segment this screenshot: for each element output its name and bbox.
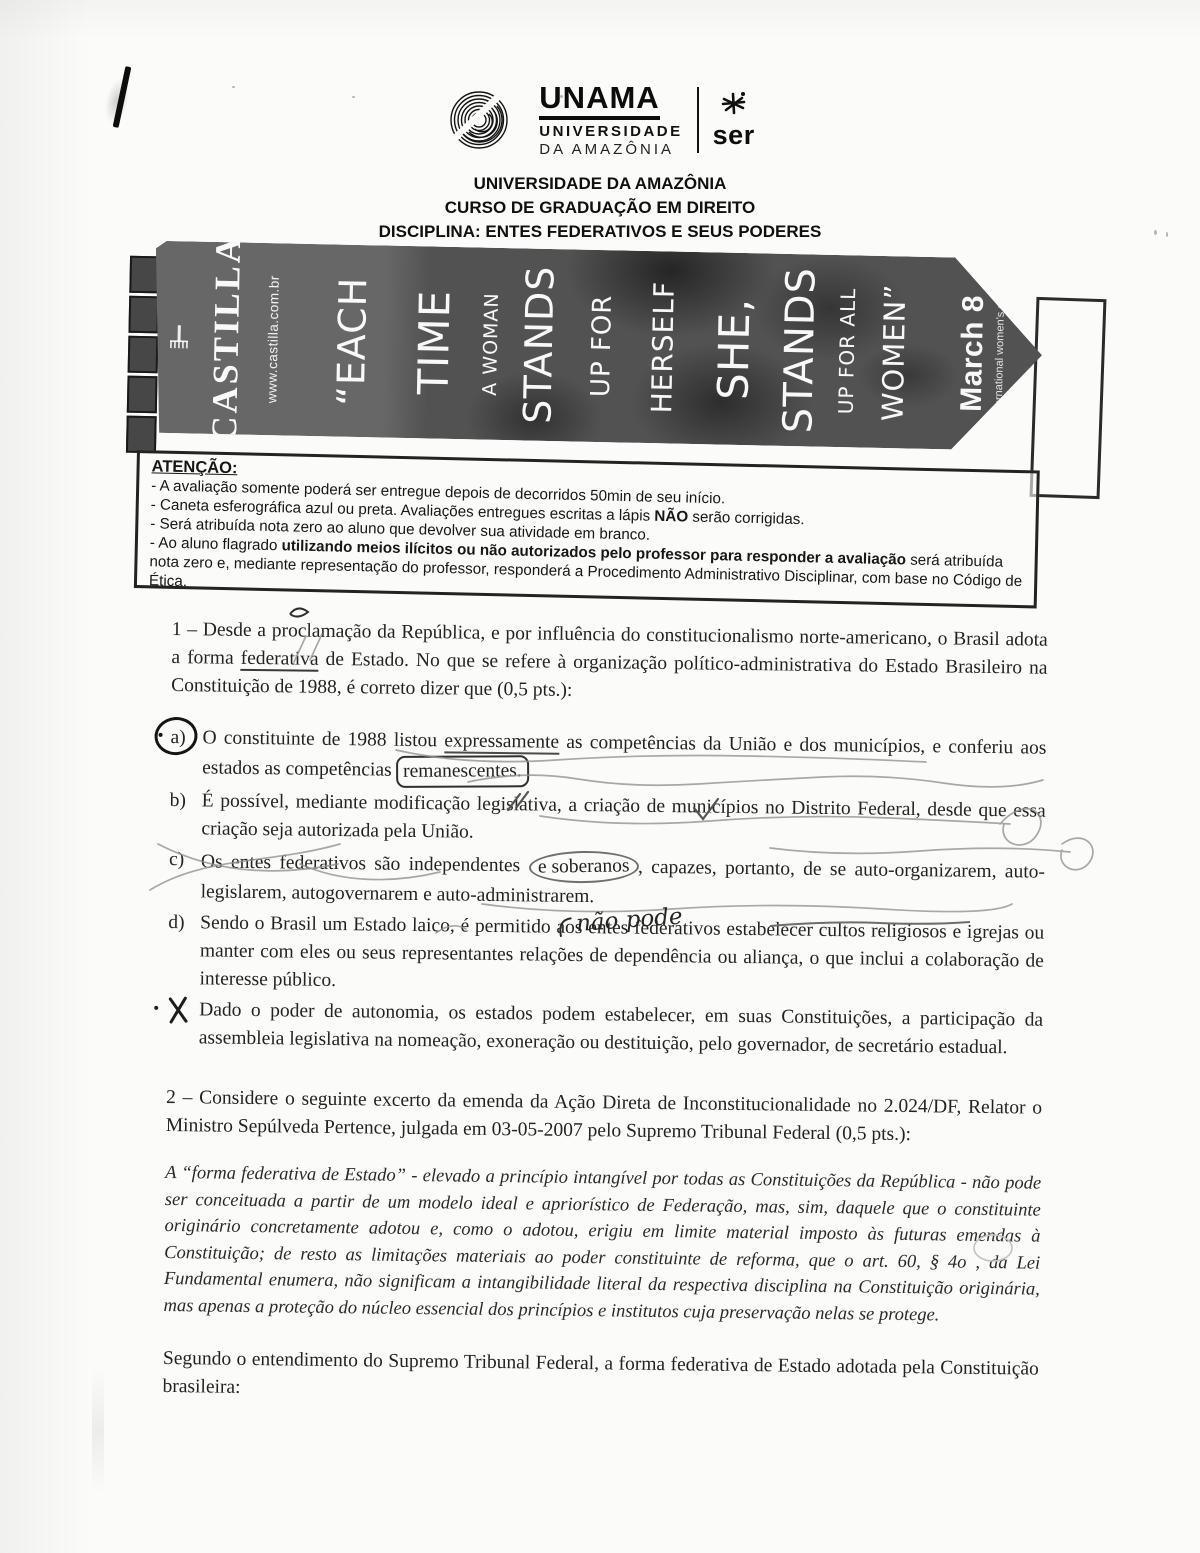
a-text: O constituinte de 1988 listou [202,727,444,751]
option-a-label: a) [170,724,203,784]
banner-word: UP FOR [580,250,624,443]
stf-quote: A “forma federativa de Estado” - elevado… [163,1160,1041,1330]
option-b-text: É possível, mediante modificação legisla… [201,787,1046,853]
brush-icon [160,241,198,434]
option-a-letter: a) [170,724,185,752]
ruler-tab [129,256,160,294]
option-d-letter: d) [167,909,200,993]
scanned-exam-page: UNAMA UNIVERSIDADE DA AMAZÔNIA ser UNIVE… [0,0,1200,1553]
question-2: 2 – Considere o seguinte excerto da emen… [166,1084,1043,1151]
header-university: UNIVERSIDADE DA AMAZÔNIA [0,172,1200,196]
unama-name: UNAMA [539,82,659,120]
banner-word: WOMEN” [870,256,918,449]
option-b-letter: b) [169,787,202,843]
university-logo-lockup: UNAMA UNIVERSIDADE DA AMAZÔNIA ser [0,82,1200,158]
ser-wordmark: ser [713,122,755,149]
pen-dot [154,1006,158,1010]
banner-word: STANDS [770,254,830,447]
pen-curl-icon [555,911,575,938]
question-1: 1 – Desde a proclamação da República, e … [171,616,1048,711]
option-b: b) É possível, mediante modificação legi… [169,787,1046,854]
header-discipline: DISCIPLINA: ENTES FEDERATIVOS E SEUS POD… [0,220,1200,244]
option-c-letter: c) [168,846,201,906]
option-a-text: O constituinte de 1988 listou expressame… [202,724,1047,794]
header-course: CURSO DE GRADUAÇÃO EM DIREITO [0,196,1200,220]
a-boxed-word: remanescentes. [396,755,529,788]
banner-word: SHE, [704,252,764,445]
option-e-label [167,996,200,1052]
unama-sub2: DA AMAZÔNIA [539,141,674,158]
banner-date-subtitle: International women's day [988,258,1012,450]
castilla-ruler-banner: CASTILLA www.castilla.com.br “EACH TIME … [152,241,1044,452]
empty-grade-box [1030,297,1107,499]
option-e: Dado o poder de autonomia, os estados po… [167,996,1044,1063]
ruler-edge-tabs [126,256,160,454]
unama-sub1: UNIVERSIDADE [539,123,682,140]
banner-word: TIME [404,246,464,439]
document-header: UNIVERSIDADE DA AMAZÔNIA CURSO DE GRADUA… [0,172,1200,244]
c-text: Os entes federativos são independentes [201,851,529,876]
castilla-website: www.castilla.com.br [256,243,290,436]
logo-divider [697,87,699,153]
ruler-tab [128,296,159,334]
rule-4-text: - Ao aluno flagrado [150,534,282,554]
banner-word: A WOMAN [474,247,508,440]
ruler-tab [126,416,157,454]
option-a: a) O constituinte de 1988 listou express… [170,724,1047,795]
question-2-closing: Segundo o entendimento do Supremo Tribun… [162,1345,1039,1412]
ser-star-icon [720,90,748,121]
unama-wordmark: UNAMA UNIVERSIDADE DA AMAZÔNIA [539,82,682,158]
banner-word: “EACH [324,244,380,437]
exam-body: 1 – Desde a proclamação da República, e … [162,616,1048,1436]
scan-smudge [92,1368,104,1493]
a-underlined-word: expressamente [444,730,559,754]
x-mark [167,996,189,1033]
q1-underlined-word: federativa [241,648,319,672]
banner-word: STANDS [510,248,568,441]
attention-box: ATENÇÃO: - A avaliação somente poderá se… [134,450,1040,608]
option-c-text: Os entes federativos são independentes e… [200,846,1045,916]
ruler-tab [128,336,159,374]
c-circled-words: e soberanos [528,850,638,884]
option-e-text: Dado o poder de autonomia, os estados po… [199,996,1044,1062]
option-c: c) Os entes federativos são independente… [168,846,1045,917]
castilla-wordmark: CASTILLA [198,242,254,435]
ser-logo: ser [713,90,755,149]
rule-2-bold: NÃO [654,508,688,526]
ruler-tab [127,376,158,414]
unama-spiral-icon [445,88,525,152]
banner-word: UP FOR ALL [830,255,864,448]
banner-word: HERSELF [640,251,686,444]
rule-2-text: serão corrigidas. [688,509,805,529]
